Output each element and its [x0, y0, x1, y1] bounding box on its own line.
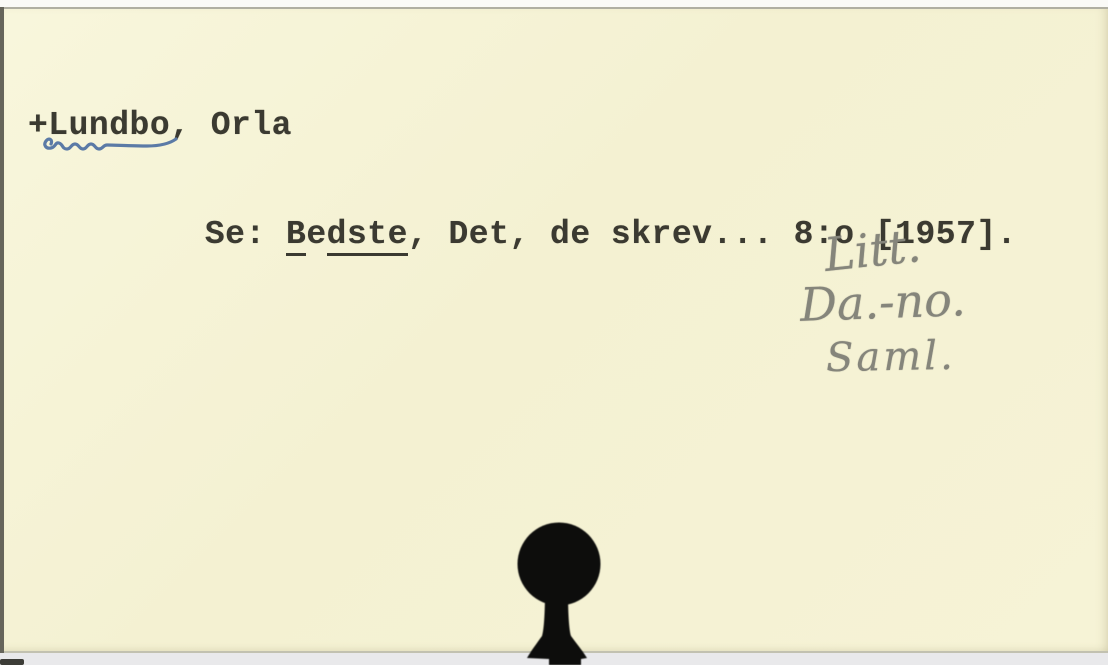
ref-title-underlined-ds: ds	[327, 216, 368, 256]
ref-prefix: Se:	[205, 216, 286, 253]
scanner-smudge	[0, 659, 24, 665]
scanner-margin-top	[0, 0, 1108, 7]
wavy-underline-mark	[43, 135, 181, 157]
ref-suffix: , Det, de skrev... 8:o [1957].	[408, 216, 1017, 253]
ref-title-underlined-te: te	[367, 216, 408, 256]
punch-hole	[500, 512, 620, 665]
ref-title-underlined-b: B	[286, 216, 306, 256]
scanned-catalog-card: +Lundbo, Orla Se: Bedste, Det, de skrev.…	[0, 0, 1108, 665]
pencil-annotation-da-no: Da.-no.	[799, 276, 966, 328]
ref-title-plain-e: e	[306, 216, 326, 253]
pencil-annotation-saml: Saml.	[826, 336, 956, 378]
pencil-annotation-litt: Litt.	[822, 222, 923, 278]
